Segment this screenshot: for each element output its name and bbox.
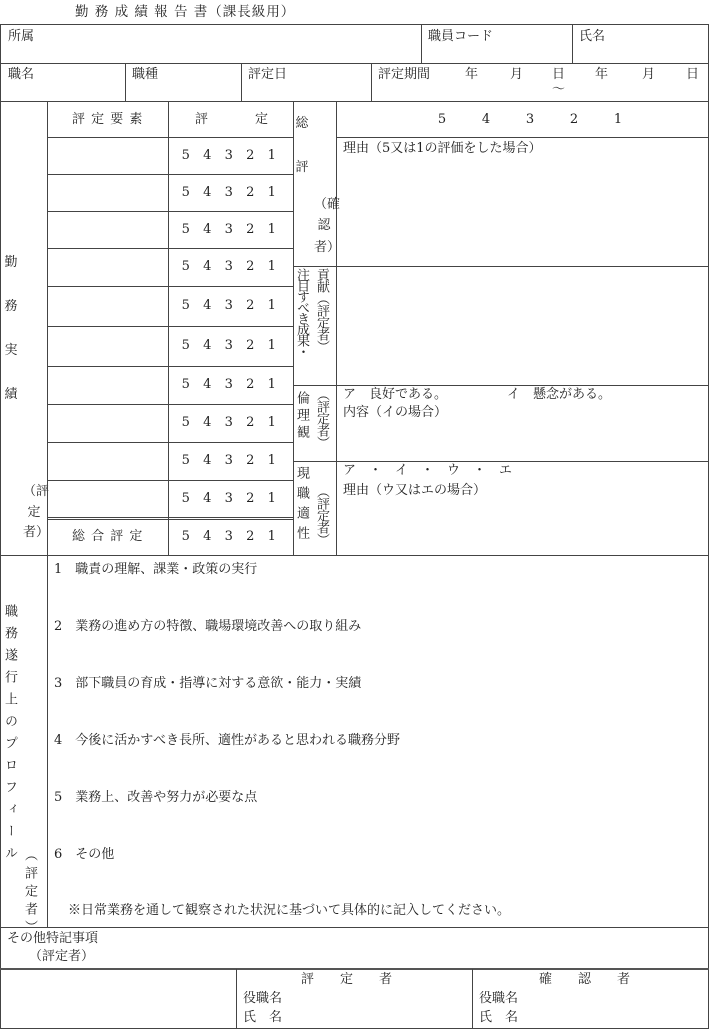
aptitude-field[interactable]: ア ・ イ ・ ウ ・ エ 理由（ウ又はエの場合） xyxy=(337,462,708,555)
ethics-label-col1: 倫理観 xyxy=(294,391,309,442)
rating-3[interactable]: 3 xyxy=(218,529,240,544)
label-char: 者） xyxy=(23,525,39,540)
rating-scale-2[interactable]: 54321 xyxy=(175,185,283,200)
start-day-label: 日 xyxy=(552,67,565,82)
rating-scale-5[interactable]: 54321 xyxy=(175,298,283,313)
remarks-sub: （評定者） xyxy=(29,949,94,964)
aptitude-reason-label: 理由（ウ又はエの場合） xyxy=(343,483,486,498)
column-header-rating-left: 評 xyxy=(195,112,208,127)
rating-3[interactable]: 3 xyxy=(218,185,240,200)
rating-5[interactable]: 5 xyxy=(175,222,197,237)
element-input-9[interactable] xyxy=(48,443,168,480)
rating-2[interactable]: 2 xyxy=(240,415,262,430)
rating-1[interactable]: 1 xyxy=(261,298,283,313)
eval-period-label: 評定期間 xyxy=(378,67,430,82)
rating-4[interactable]: 4 xyxy=(197,453,219,468)
label-char: 務 xyxy=(3,299,19,314)
rating-scale-1[interactable]: 54321 xyxy=(175,148,283,163)
element-input-4[interactable] xyxy=(48,249,168,286)
element-input-2[interactable] xyxy=(48,175,168,211)
rating-scale-4[interactable]: 54321 xyxy=(175,259,283,274)
rating-1[interactable]: 1 xyxy=(261,338,283,353)
rating-4[interactable]: 4 xyxy=(197,185,219,200)
element-input-10[interactable] xyxy=(48,481,168,517)
rating-4[interactable]: 4 xyxy=(197,298,219,313)
divider xyxy=(47,517,293,520)
profile-item-1: 1 職責の理解、課業・政策の実行 xyxy=(54,562,257,577)
rating-1[interactable]: 1 xyxy=(261,185,283,200)
affiliation-field[interactable]: 所属 xyxy=(1,25,421,63)
eval-date-label: 評定日 xyxy=(248,67,287,82)
rating-scale-7[interactable]: 54321 xyxy=(175,377,283,392)
job-type-field[interactable]: 職種 xyxy=(126,64,241,101)
rating-1[interactable]: 1 xyxy=(261,148,283,163)
element-input-7[interactable] xyxy=(48,367,168,404)
rating-5[interactable]: 5 xyxy=(175,491,197,506)
remarks-field[interactable]: その他特記事項 （評定者） xyxy=(1,928,708,968)
rating-4[interactable]: 4 xyxy=(197,338,219,353)
overall-reason-field[interactable]: 理由（5又は1の評価をした場合） xyxy=(337,138,708,266)
total-rating-label: 総 合 評 定 xyxy=(72,529,143,544)
employee-code-label: 職員コード xyxy=(428,29,493,44)
total-rating-scale[interactable]: 54321 xyxy=(175,529,283,544)
profile-field[interactable]: 1 職責の理解、課業・政策の実行 2 業務の進め方の特徴、職場環境改善への取り組… xyxy=(48,556,708,927)
rating-2[interactable]: 2 xyxy=(240,259,262,274)
confirmer-title: 確 認 者 xyxy=(539,972,630,987)
rating-5[interactable]: 5 xyxy=(175,259,197,274)
rating-2[interactable]: 2 xyxy=(240,222,262,237)
column-header-element: 評 定 要 素 xyxy=(72,112,143,127)
confirmer-role-label: 役職名 xyxy=(479,991,518,1006)
label-char: 勤 xyxy=(3,255,19,270)
rating-2[interactable]: 2 xyxy=(240,148,262,163)
affiliation-label: 所属 xyxy=(8,29,34,44)
rating-5[interactable]: 5 xyxy=(175,298,197,313)
rating-3[interactable]: 3 xyxy=(218,338,240,353)
overall-sub: 認 xyxy=(316,218,332,233)
form-title: 勤 務 成 績 報 告 書（課長級用） xyxy=(75,0,295,20)
element-input-8[interactable] xyxy=(48,405,168,442)
ethics-option-b[interactable]: イ 懸念がある。 xyxy=(507,387,611,402)
rating-3[interactable]: 3 xyxy=(218,259,240,274)
rating-5[interactable]: 5 xyxy=(175,185,197,200)
rating-5[interactable]: 5 xyxy=(175,338,197,353)
position-field[interactable]: 職名 xyxy=(1,64,125,101)
profile-side-label: 職務遂行上のプロフィール xyxy=(2,604,17,868)
rating-scale-8[interactable]: 54321 xyxy=(175,415,283,430)
aptitude-label-col1: 現職適性 xyxy=(294,466,309,546)
rating-5[interactable]: 5 xyxy=(420,112,464,127)
end-year-label: 年 xyxy=(595,67,608,82)
profile-item-4: 4 今後に活かすべき長所、適性があると思われる職務分野 xyxy=(54,733,400,748)
label-char: 実 xyxy=(3,343,19,358)
evaluator-signature[interactable]: 評 定 者 役職名 氏 名 xyxy=(237,970,472,1028)
overall-rating-scale[interactable]: 54321 xyxy=(420,112,640,127)
rating-4[interactable]: 4 xyxy=(197,491,219,506)
rating-5[interactable]: 5 xyxy=(175,148,197,163)
rating-4[interactable]: 4 xyxy=(197,529,219,544)
evaluator-name-label: 氏 名 xyxy=(243,1010,282,1025)
profile-item-5: 5 業務上、改善や努力が必要な点 xyxy=(54,790,257,805)
element-input-5[interactable] xyxy=(48,287,168,326)
rating-1[interactable]: 1 xyxy=(261,259,283,274)
rating-1[interactable]: 1 xyxy=(261,453,283,468)
rating-scale-6[interactable]: 54321 xyxy=(175,338,283,353)
element-input-1[interactable] xyxy=(48,138,168,174)
overall-sub: （確 xyxy=(314,197,330,212)
rating-5[interactable]: 5 xyxy=(175,415,197,430)
position-label: 職名 xyxy=(8,67,34,82)
rating-3[interactable]: 3 xyxy=(218,491,240,506)
overall-label-top: 総 xyxy=(294,116,310,131)
rating-scale-3[interactable]: 54321 xyxy=(175,222,283,237)
profile-item-3: 3 部下職員の育成・指導に対する意欲・能力・実績 xyxy=(54,676,361,691)
rating-2[interactable]: 2 xyxy=(240,453,262,468)
confirmer-name-label: 氏 名 xyxy=(479,1010,518,1025)
element-input-6[interactable] xyxy=(48,327,168,366)
rating-1[interactable]: 1 xyxy=(596,112,640,127)
evaluator-title: 評 定 者 xyxy=(301,972,392,987)
rating-5[interactable]: 5 xyxy=(175,377,197,392)
eval-date-field[interactable]: 評定日 xyxy=(242,64,371,101)
rating-3[interactable]: 3 xyxy=(218,377,240,392)
divider xyxy=(0,101,709,102)
rating-2[interactable]: 2 xyxy=(240,298,262,313)
rating-4[interactable]: 4 xyxy=(197,259,219,274)
label-char: 定 xyxy=(26,505,42,520)
name-field[interactable]: 氏名 xyxy=(573,25,708,63)
notable-label-col1: 注目すべき成果・ xyxy=(294,268,309,356)
overall-label-mid: 評 xyxy=(294,160,310,175)
rating-4[interactable]: 4 xyxy=(197,377,219,392)
rating-3[interactable]: 3 xyxy=(218,298,240,313)
rating-3[interactable]: 3 xyxy=(218,148,240,163)
confirmer-signature[interactable]: 確 認 者 役職名 氏 名 xyxy=(473,970,708,1028)
rating-2[interactable]: 2 xyxy=(240,185,262,200)
notable-label-col2: 貢献（評定者） xyxy=(314,268,329,352)
rating-3[interactable]: 3 xyxy=(218,222,240,237)
aptitude-options[interactable]: ア ・ イ ・ ウ ・ エ xyxy=(343,463,512,478)
end-day-label: 日 xyxy=(686,67,699,82)
ethics-content-label: 内容（イの場合） xyxy=(343,405,447,420)
employee-code-field[interactable]: 職員コード xyxy=(422,25,572,63)
rating-1[interactable]: 1 xyxy=(261,222,283,237)
eval-period-field[interactable]: 評定期間 年 月 日 ～ 年 月 日 xyxy=(372,64,708,101)
rating-2[interactable]: 2 xyxy=(240,377,262,392)
profile-item-6: 6 その他 xyxy=(54,847,114,862)
rating-2[interactable]: 2 xyxy=(240,491,262,506)
label-char: 績 xyxy=(3,387,19,402)
rating-4[interactable]: 4 xyxy=(464,112,508,127)
rating-3[interactable]: 3 xyxy=(218,453,240,468)
evaluator-role-label: 役職名 xyxy=(243,991,282,1006)
rating-4[interactable]: 4 xyxy=(197,415,219,430)
end-month-label: 月 xyxy=(642,67,655,82)
label-char: （評 xyxy=(23,484,39,499)
rating-4[interactable]: 4 xyxy=(197,148,219,163)
rating-4[interactable]: 4 xyxy=(197,222,219,237)
rating-3[interactable]: 3 xyxy=(218,415,240,430)
job-type-label: 職種 xyxy=(132,67,158,82)
rating-scale-9[interactable]: 54321 xyxy=(175,453,283,468)
notable-field[interactable] xyxy=(337,267,708,385)
aptitude-label-col2: （評定者） xyxy=(314,485,329,545)
rating-1[interactable]: 1 xyxy=(261,529,283,544)
profile-side-sub: （評定者） xyxy=(22,848,37,938)
start-month-label: 月 xyxy=(510,67,523,82)
rating-1[interactable]: 1 xyxy=(261,377,283,392)
rating-5[interactable]: 5 xyxy=(175,453,197,468)
rating-2[interactable]: 2 xyxy=(240,529,262,544)
overall-sub: 者） xyxy=(314,240,330,255)
ethics-option-a[interactable]: ア 良好である。 xyxy=(343,387,447,402)
rating-2[interactable]: 2 xyxy=(240,338,262,353)
divider xyxy=(168,101,169,555)
rating-2[interactable]: 2 xyxy=(552,112,596,127)
profile-item-2: 2 業務の進め方の特徴、職場環境改善への取り組み xyxy=(54,619,361,634)
start-year-label: 年 xyxy=(465,67,478,82)
remarks-label: その他特記事項 xyxy=(7,931,98,946)
rating-scale-10[interactable]: 54321 xyxy=(175,491,283,506)
performance-side-label: 勤 務 実 績 （評 定 者） xyxy=(1,102,47,555)
element-input-3[interactable] xyxy=(48,212,168,248)
ethics-field[interactable]: ア 良好である。 イ 懸念がある。 内容（イの場合） xyxy=(337,386,708,461)
ethics-label-col2: （評定者） xyxy=(314,388,329,448)
rating-3[interactable]: 3 xyxy=(508,112,552,127)
tilde-separator: ～ xyxy=(552,82,565,97)
name-label: 氏名 xyxy=(579,29,605,44)
rating-1[interactable]: 1 xyxy=(261,415,283,430)
rating-1[interactable]: 1 xyxy=(261,491,283,506)
column-header-rating-right: 定 xyxy=(255,112,268,127)
profile-note: ※日常業務を通して観察された状況に基づいて具体的に記入してください。 xyxy=(68,903,510,918)
rating-5[interactable]: 5 xyxy=(175,529,197,544)
overall-reason-label: 理由（5又は1の評価をした場合） xyxy=(343,141,542,156)
